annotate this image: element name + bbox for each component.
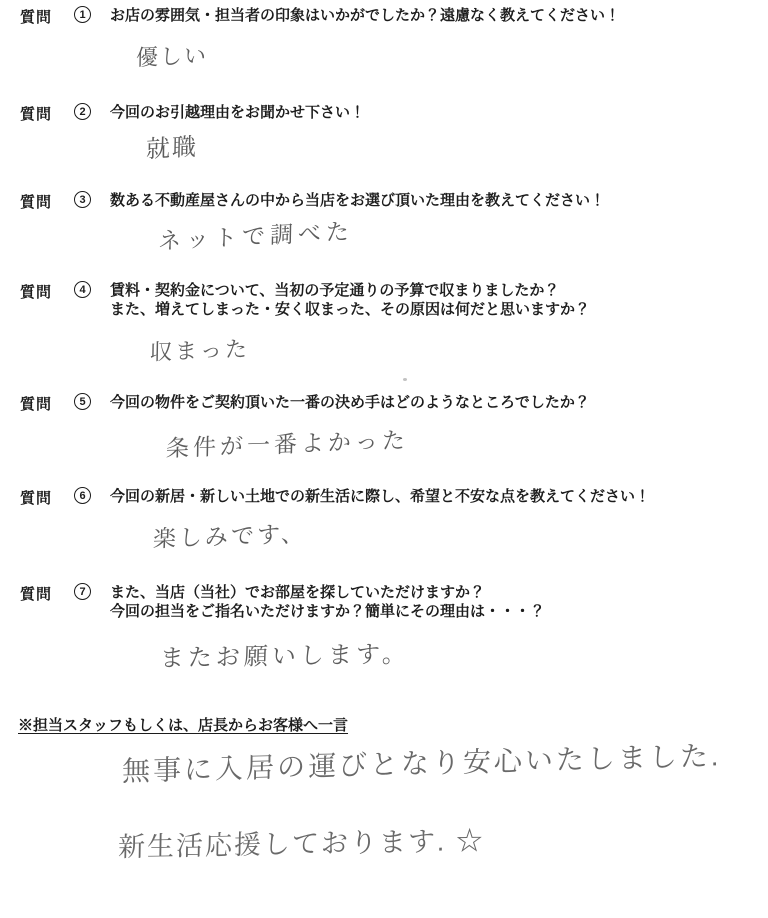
question-row-5: 質問 5 今回の物件をご契約頂いた一番の決め手はどのようなところでしたか？ [20, 393, 590, 414]
handwritten-answer-2: 就職 [146, 127, 199, 165]
question-text: お店の雰囲気・担当者の印象はいかがでしたか？遠慮なく教えてください！ [110, 6, 620, 25]
question-label: 質問 [20, 281, 56, 302]
question-text: また、当店（当社）でお部屋を探していただけますか？ 今回の担当をご指名いただけま… [110, 583, 545, 621]
staff-comment-line1: 無事に入居の運びとなり安心いたしました. [122, 734, 722, 790]
question-text-line2: 今回の担当をご指名いただけますか？簡単にその理由は・・・？ [110, 603, 545, 620]
circled-number-icon: 7 [74, 583, 91, 600]
question-label: 質問 [20, 191, 56, 212]
question-label: 質問 [20, 393, 56, 414]
question-row-1: 質問 1 お店の雰囲気・担当者の印象はいかがでしたか？遠慮なく教えてください！ [20, 6, 620, 27]
question-row-3: 質問 3 数ある不動産屋さんの中から当店をお選び頂いた理由を教えてください！ [20, 191, 605, 212]
question-text: 今回の物件をご契約頂いた一番の決め手はどのようなところでしたか？ [110, 393, 590, 412]
question-row-4: 質問 4 賃料・契約金について、当初の予定通りの予算で収まりましたか？ また、増… [20, 281, 590, 319]
question-row-2: 質問 2 今回のお引越理由をお聞かせ下さい！ [20, 103, 365, 124]
scan-speck [403, 378, 407, 381]
question-label: 質問 [20, 487, 56, 508]
circled-number-icon: 5 [74, 393, 91, 410]
question-text: 賃料・契約金について、当初の予定通りの予算で収まりましたか？ また、増えてしまっ… [110, 281, 590, 319]
question-text: 数ある不動産屋さんの中から当店をお選び頂いた理由を教えてください！ [110, 191, 605, 210]
circled-number-icon: 2 [74, 103, 91, 120]
circled-number-icon: 1 [74, 6, 91, 23]
handwritten-answer-6: 楽しみです、 [152, 515, 307, 553]
question-row-7: 質問 7 また、当店（当社）でお部屋を探していただけますか？ 今回の担当をご指名… [20, 583, 545, 621]
staff-comment-line2: 新生活応援しております. ☆ [118, 819, 486, 864]
question-label: 質問 [20, 103, 56, 124]
question-label: 質問 [20, 6, 56, 27]
question-text: 今回の新居・新しい土地での新生活に際し、希望と不安な点を教えてください！ [110, 487, 650, 506]
handwritten-answer-3: ネットで調べた [158, 213, 354, 256]
question-text-line2: また、増えてしまった・安く収まった、その原因は何だと思いますか？ [110, 301, 590, 318]
circled-number-icon: 3 [74, 191, 91, 208]
handwritten-answer-1: 優しい [136, 39, 209, 73]
circled-number-icon: 6 [74, 487, 91, 504]
handwritten-answer-5: 条件が一番よかった [166, 422, 409, 464]
question-text-line1: また、当店（当社）でお部屋を探していただけますか？ [110, 584, 485, 601]
question-row-6: 質問 6 今回の新居・新しい土地での新生活に際し、希望と不安な点を教えてください… [20, 487, 650, 508]
question-label: 質問 [20, 583, 56, 604]
circled-number-icon: 4 [74, 281, 91, 298]
question-text: 今回のお引越理由をお聞かせ下さい！ [110, 103, 365, 122]
question-text-line1: 賃料・契約金について、当初の予定通りの予算で収まりましたか？ [110, 282, 559, 299]
handwritten-answer-4: 収まった [150, 332, 250, 367]
staff-comment-heading: ※担当スタッフもしくは、店長からお客様へ一言 [18, 714, 348, 735]
handwritten-answer-7: またお願いします。 [159, 634, 410, 673]
questionnaire-page: 質問 1 お店の雰囲気・担当者の印象はいかがでしたか？遠慮なく教えてください！ … [0, 0, 768, 918]
